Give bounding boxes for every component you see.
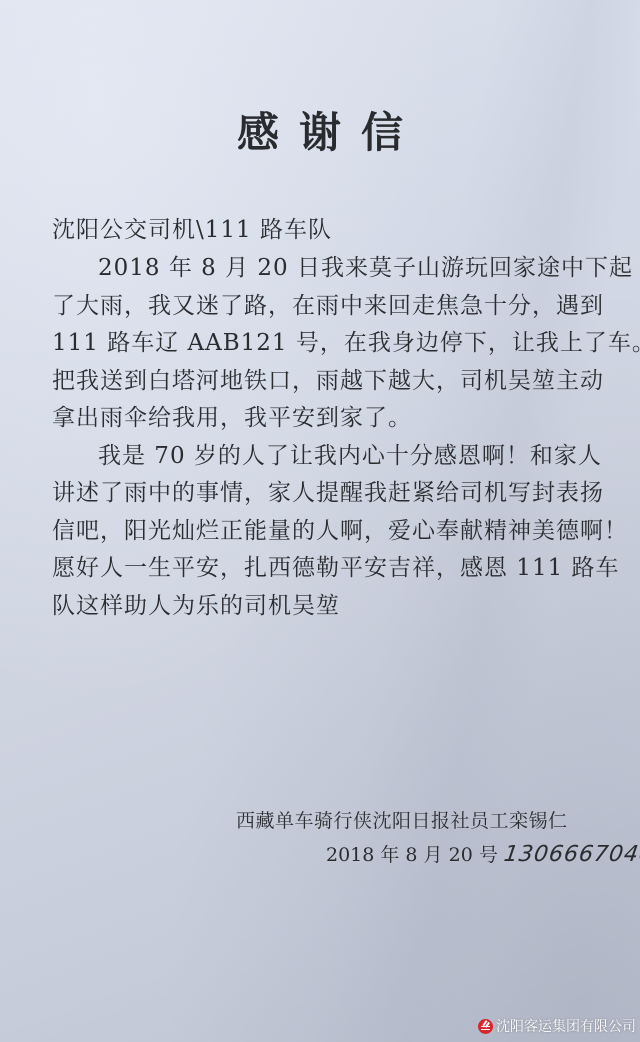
body-line: 2018 年 8 月 20 日我来莫子山游玩回家途中下起 xyxy=(52,250,622,288)
body-line: 拿出雨伞给我用，我平安到家了。 xyxy=(52,400,622,438)
letter-date-line: 2018 年 8 月 20 号13066670403 xyxy=(326,840,640,867)
letter-date: 2018 年 8 月 20 号 xyxy=(326,844,498,866)
body-line: 111 路车辽 AAB121 号，在我身边停下，让我上了车。 xyxy=(52,325,622,363)
body-line: 信吧，阳光灿烂正能量的人啊，爱心奉献精神美德啊！ xyxy=(52,513,622,551)
watermark-text: 沈阳客运集团有限公司 xyxy=(496,1016,636,1036)
letter-title: 感谢信 xyxy=(0,100,640,160)
letter-signature: 西藏单车骑行侠沈阳日报社员工栾锡仁 xyxy=(236,806,568,833)
body-line: 了大雨，我又迷了路，在雨中来回走焦急十分，遇到 xyxy=(52,288,622,326)
company-logo-icon xyxy=(478,1019,493,1034)
body-line: 队这样助人为乐的司机吴堃 xyxy=(52,588,622,626)
handwritten-phone-number: 13066670403 xyxy=(502,842,640,867)
body-line: 讲述了雨中的事情，家人提醒我赶紧给司机写封表扬 xyxy=(52,475,622,513)
body-line: 我是 70 岁的人了让我内心十分感恩啊！和家人 xyxy=(52,438,622,476)
body-line: 把我送到白塔河地铁口，雨越下越大，司机吴堃主动 xyxy=(52,363,622,401)
letter-addressee: 沈阳公交司机\111 路车队 xyxy=(52,211,332,244)
body-line: 愿好人一生平安，扎西德勒平安吉祥，感恩 111 路车 xyxy=(52,550,622,588)
company-watermark: 沈阳客运集团有限公司 xyxy=(478,1016,636,1036)
letter-body: 2018 年 8 月 20 日我来莫子山游玩回家途中下起 了大雨，我又迷了路，在… xyxy=(52,250,622,625)
